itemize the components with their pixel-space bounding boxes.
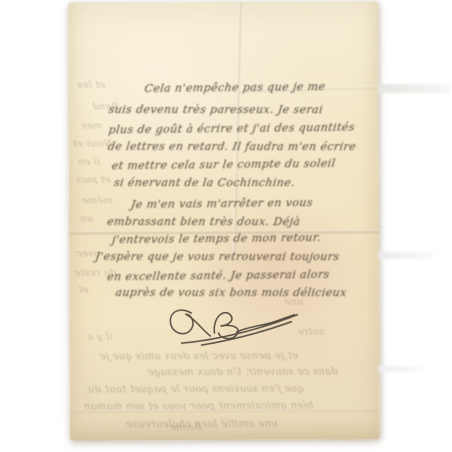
scan-background: et les Rend mes Nous et il en et puis mê… (0, 0, 452, 452)
letter-line: si énervant de la Cochinchine. (113, 177, 296, 188)
bleed-line: que j'en souviens pour le paquet tout du (87, 385, 305, 396)
bleed-fragment: et (78, 286, 89, 296)
bleed-line: bien amicalement pour vous et son maman (83, 402, 314, 413)
bleed-fragment: même (81, 196, 113, 206)
scanner-streak (378, 252, 434, 259)
bleed-fragment: un (79, 215, 93, 225)
letter-line: plus de goût à écrire et j'ai des quanti… (108, 122, 356, 136)
bleed-line: une amitié bien chaleureuse (125, 420, 278, 431)
letter-paper: et les Rend mes Nous et il en et puis mê… (68, 1, 380, 440)
signature-flourish (161, 302, 311, 351)
letter-line: en excellente santé. Je passerai alors (106, 269, 330, 283)
letter-line: J'espère que je vous retrouverai toujour… (94, 251, 340, 262)
letter-line: Je m'en vais m'arrêter en vous (130, 197, 313, 210)
bleed-line: dans ce souvenir. Un doux message (147, 368, 339, 379)
bleed-fragment: et puis (75, 175, 111, 185)
letter-line: Cela n'empêche pas que je me (144, 81, 326, 94)
letter-line: embrassant bien très doux. Déjà (106, 216, 301, 227)
scanner-streak (378, 366, 424, 372)
bleed-fragment: mes (81, 122, 103, 132)
bleed-fragment: il y a (87, 332, 113, 342)
bleed-line: et je pense avec les deux amis que je (99, 352, 299, 363)
letter-line: suis devenu très paresseux. Je serai (108, 104, 324, 115)
scanner-streak (378, 84, 450, 93)
letter-line: de lettres en retard. Il faudra m'en écr… (107, 141, 357, 152)
letter-line: et mettre cela sur le compte du soleil (111, 158, 336, 172)
letter-line: auprès de vous six bons mois délicieux (115, 287, 348, 298)
signature: R. Bareng (161, 302, 311, 351)
bleed-fragment: et les (77, 81, 106, 91)
bleed-fragment: il en (77, 158, 101, 168)
letter-line: j'entrevois le temps de mon retour. (111, 232, 322, 245)
